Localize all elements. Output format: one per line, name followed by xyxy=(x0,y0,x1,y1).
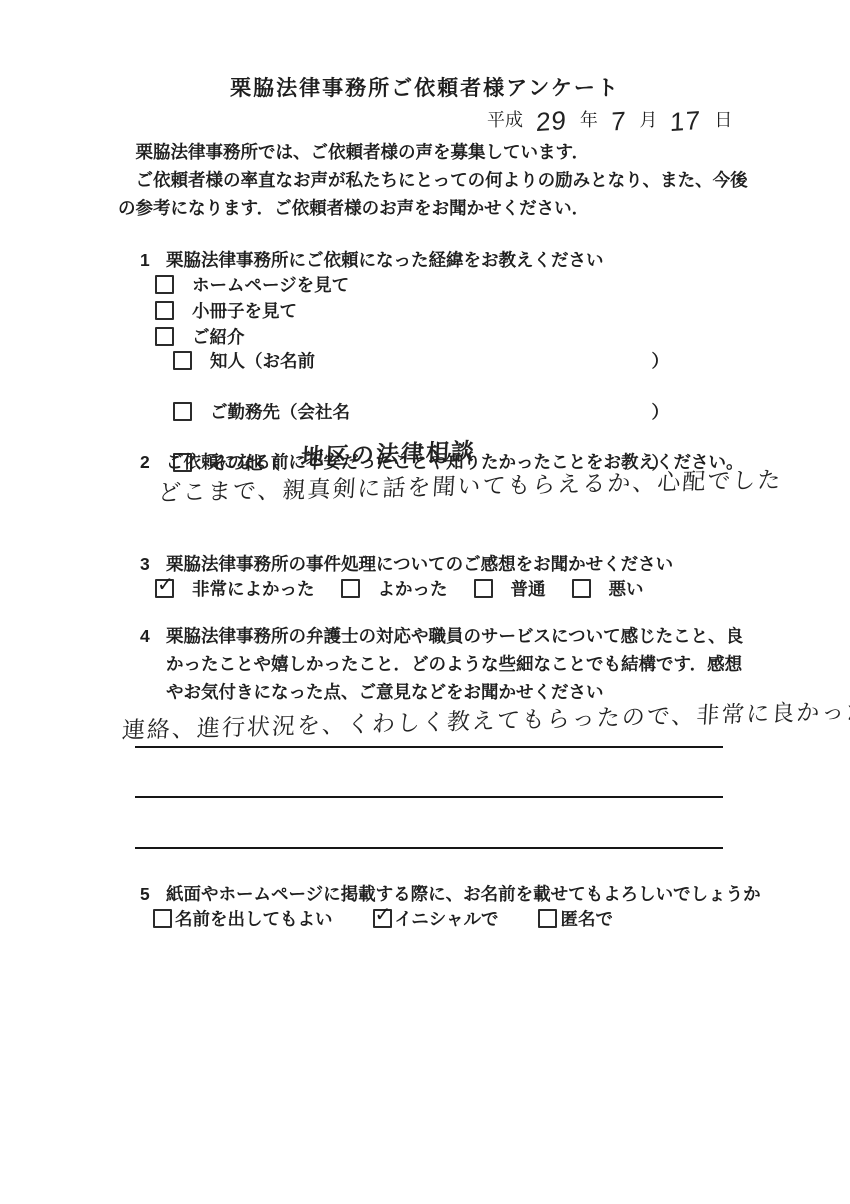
answer-line xyxy=(135,746,723,748)
check-icon: ✓ xyxy=(375,902,392,927)
year-value-handwritten: 29 xyxy=(536,109,568,133)
checkbox-unchecked: ✓ xyxy=(155,275,174,294)
month-label: 月 xyxy=(639,106,657,132)
q5-option-label: イニシャルで xyxy=(395,906,499,931)
q1-sub-option-employer: ✓ ご勤務先（会社名 ） xyxy=(173,399,669,424)
q5-options: ✓ 名前を出してもよい ✓ イニシャルで ✓ 匿名で xyxy=(153,906,613,931)
intro-line-1: 栗脇法律事務所では、ご依頼者様の声を募集しています． xyxy=(118,138,752,166)
q5-option-initials: ✓ イニシャルで xyxy=(373,906,499,931)
question-4-text: 栗脇法律事務所の弁護士の対応や職員のサービスについて感じたこと、良かったことや嬉… xyxy=(166,622,752,706)
checkbox-unchecked: ✓ xyxy=(538,909,557,928)
checkbox-unchecked: ✓ xyxy=(155,327,174,346)
checkbox-checked: ✓ xyxy=(373,909,392,928)
q5-option-label: 名前を出してもよい xyxy=(175,906,333,931)
answer-line xyxy=(135,796,723,798)
question-1: 1 栗脇法律事務所にご依頼になった経緯をお教えください xyxy=(140,246,760,274)
question-5: 5 紙面やホームページに掲載する際に、お名前を載せてもよろしいでしょうか xyxy=(140,880,780,908)
q1-option-label: ご紹介 xyxy=(192,324,245,349)
date-line: 平成 29 年 7 月 17 日 xyxy=(487,106,732,132)
question-2-number: 2 xyxy=(140,448,166,476)
form-title: 栗脇法律事務所ご依頼者様アンケート xyxy=(0,72,850,102)
q3-option-label: よかった xyxy=(378,576,448,601)
closing-paren: ） xyxy=(652,348,670,373)
q5-option-real-name: ✓ 名前を出してもよい xyxy=(153,906,333,931)
closing-paren: ） xyxy=(652,399,670,424)
checkbox-unchecked: ✓ xyxy=(474,579,493,598)
checkbox-unchecked: ✓ xyxy=(572,579,591,598)
day-label: 日 xyxy=(714,106,732,132)
check-icon: ✓ xyxy=(157,572,174,597)
q3-option-good: ✓ よかった xyxy=(341,576,448,601)
year-label: 年 xyxy=(580,106,598,132)
q1-sub-option-label: ご勤務先（会社名 xyxy=(210,399,350,424)
q3-option-label: 非常によかった xyxy=(192,576,315,601)
checkbox-checked: ✓ xyxy=(155,579,174,598)
q1-option-booklet: ✓ 小冊子を見て xyxy=(155,298,297,323)
question-1-text: 栗脇法律事務所にご依頼になった経緯をお教えください xyxy=(166,246,760,274)
question-5-text: 紙面やホームページに掲載する際に、お名前を載せてもよろしいでしょうか xyxy=(166,880,780,908)
q1-sub-option-label: 知人（お名前 xyxy=(210,348,315,373)
question-3-text: 栗脇法律事務所の事件処理についてのご感想をお聞かせください xyxy=(166,550,770,578)
checkbox-unchecked: ✓ xyxy=(155,301,174,320)
q3-options: ✓ 非常によかった ✓ よかった ✓ 普通 ✓ 悪い xyxy=(155,576,644,601)
q3-option-label: 悪い xyxy=(609,576,644,601)
q3-option-excellent: ✓ 非常によかった xyxy=(155,576,315,601)
question-5-number: 5 xyxy=(140,880,166,908)
checkbox-unchecked: ✓ xyxy=(173,351,192,370)
q1-sub-option-acquaintance: ✓ 知人（お名前 ） xyxy=(173,348,669,373)
month-value-handwritten: 7 xyxy=(611,109,627,132)
q1-option-referral: ✓ ご紹介 xyxy=(155,324,245,349)
checkbox-unchecked: ✓ xyxy=(341,579,360,598)
q1-option-homepage: ✓ ホームページを見て xyxy=(155,272,349,297)
era-label: 平成 xyxy=(487,106,523,132)
question-4: 4 栗脇法律事務所の弁護士の対応や職員のサービスについて感じたこと、良かったこと… xyxy=(140,622,752,706)
q5-option-label: 匿名で xyxy=(560,906,613,931)
q1-option-label: ホームページを見て xyxy=(192,272,349,297)
q3-option-normal: ✓ 普通 xyxy=(474,576,546,601)
intro-paragraphs: 栗脇法律事務所では、ご依頼者様の声を募集しています． ご依頼者様の率直なお声が私… xyxy=(118,138,752,222)
q5-option-anonymous: ✓ 匿名で xyxy=(538,906,613,931)
day-value-handwritten: 17 xyxy=(670,109,702,133)
q3-option-label: 普通 xyxy=(511,576,546,601)
answer-line xyxy=(135,847,723,849)
q1-option-label: 小冊子を見て xyxy=(192,298,297,323)
question-3: 3 栗脇法律事務所の事件処理についてのご感想をお聞かせください xyxy=(140,550,770,578)
question-4-number: 4 xyxy=(140,622,166,706)
intro-line-2: ご依頼者様の率直なお声が私たちにとっての何よりの励みとなり、また、今後の参考にな… xyxy=(118,166,752,222)
q3-option-bad: ✓ 悪い xyxy=(572,576,644,601)
checkbox-unchecked: ✓ xyxy=(153,909,172,928)
checkbox-unchecked: ✓ xyxy=(173,402,192,421)
question-1-number: 1 xyxy=(140,246,166,274)
